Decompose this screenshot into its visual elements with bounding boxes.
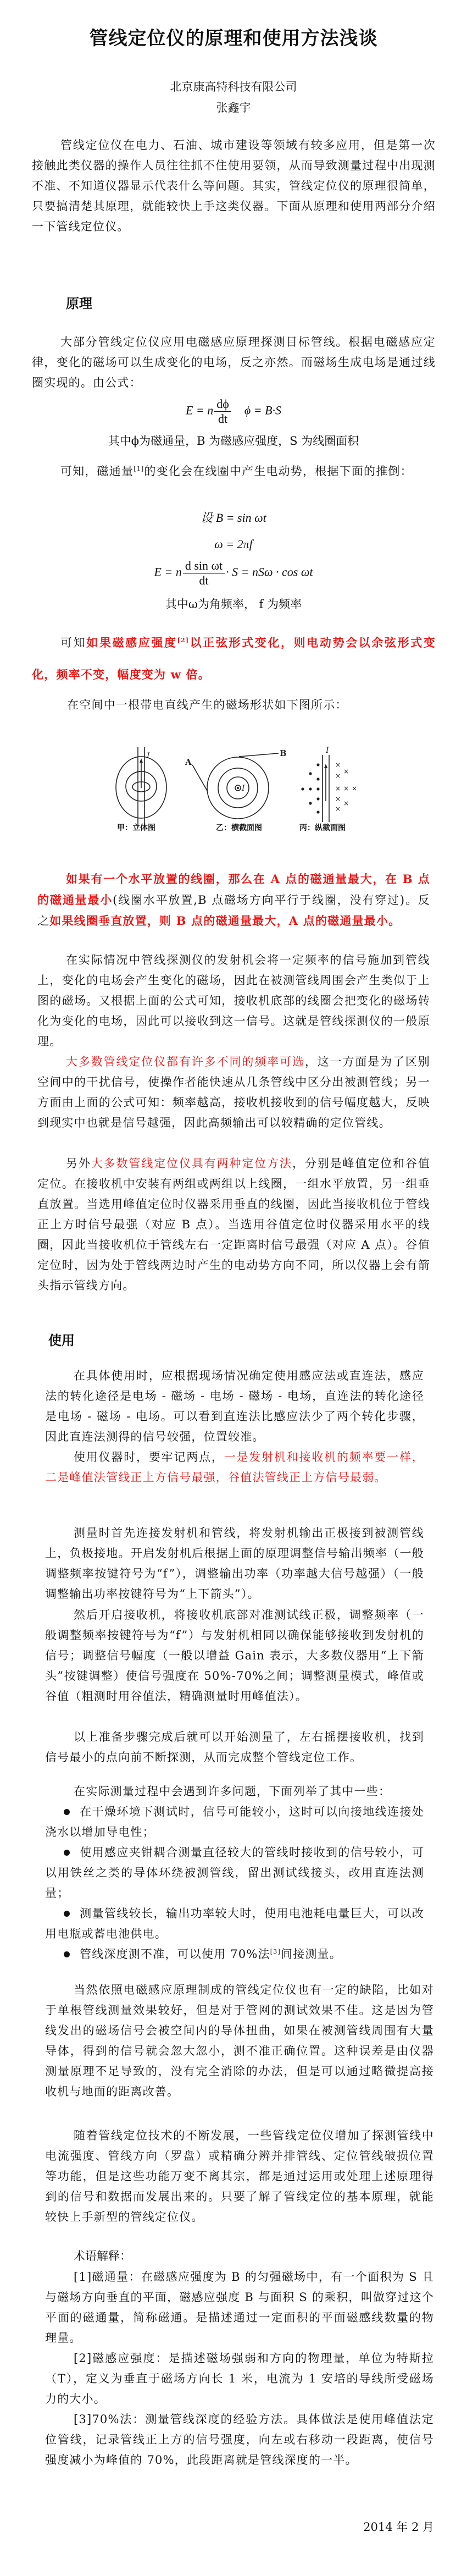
principle-paragraph-8: 另外大多数管线定位仪具有两种定位方法，分别是峰值定位和谷值定位。在接收机中安装有… <box>37 1154 430 1296</box>
formula-omega: ω = 2πf <box>0 537 467 551</box>
svg-text:I: I <box>241 784 245 793</box>
principle-paragraph-4: 在空间中一根带电直线产生的磁场形状如下图所示： <box>32 695 436 715</box>
svg-text:×: × <box>335 761 341 769</box>
document-date: 2014 年 2 月 <box>363 2518 434 2535</box>
footnote-ref-2[interactable]: [2] <box>177 637 190 644</box>
intro-paragraph: 管线定位仪在电力、石油、城市建设等领域有较多应用，但是第一次接触此类仪器的操作人… <box>32 135 436 237</box>
usage-paragraph-3: 测量时首先连接发射机和管线，将发射机输出正极接到被测管线上，负极接地。开启发射机… <box>45 1523 424 1604</box>
principle-paragraph-5: 如果有一个水平放置的线圈，那么在 A 点的磁通量最大，在 B 点的磁通量最小(线… <box>37 869 430 931</box>
formula-b-sin: 设 B = sin ωt <box>0 509 467 526</box>
glossary-item-1: [1]磁通量：在磁感应强度为 B 的匀强磁场中，有一个面积为 S 且与磁场方向垂… <box>45 2267 434 2348</box>
svg-text:I: I <box>325 746 329 755</box>
glossary-item-3: [3]70%法：测量管线深度的经验方法。具体做法是使用峰值法定位管线，记录管线正… <box>45 2409 434 2470</box>
svg-text:×: × <box>352 785 357 792</box>
figure-caption-longitudinal: 丙：纵截面图 <box>299 822 346 833</box>
usage-paragraph-7: 随着管线定位技术的不断发展，一些管线定位仪增加了探测管线中电流强度、管线方向（罗… <box>45 2126 434 2227</box>
svg-text:×: × <box>343 799 349 807</box>
principle-paragraph-3: 可知如果磁感应强度[2]以正弦形式变化，则电动势会以余弦形式变化，频率不变，幅度… <box>32 627 436 691</box>
usage-paragraph-1: 在具体使用时，应根据现场情况确定使用感应法或直连法，感应法的转化途径是电场 - … <box>45 1366 424 1447</box>
author: 张鑫宇 <box>0 99 467 115</box>
usage-paragraph-6: 当然依照电磁感应原理制成的管线定位仪也有一定的缺陷，比如对于单根管线测量效果较好… <box>45 1980 434 2102</box>
footnote-ref-1[interactable]: [1] <box>134 465 144 472</box>
figure-caption-3d: 甲：立体图 <box>117 822 155 833</box>
document-page: 管线定位仪的原理和使用方法浅谈 北京康高特科技有限公司 张鑫宇 管线定位仪在电力… <box>0 0 467 2576</box>
glossary-item-2: [2]磁感应强度：是描述磁场强弱和方向的物理量，单位为特斯拉（T），定义为垂直于… <box>45 2348 434 2409</box>
svg-text:×: × <box>335 785 341 792</box>
point-a-label: A <box>185 757 192 767</box>
list-item: 管线深度测不准，可以使用 70%法[3]间接测量。 <box>45 1944 424 1965</box>
document-title: 管线定位仪的原理和使用方法浅谈 <box>0 23 467 50</box>
list-item: 测量管线较长，输出功率较大时，使用电池耗电量巨大，可以改用电瓶或蓄电池供电。 <box>45 1904 424 1944</box>
magnetic-field-figure: ×× × ××× ×× × A B I I I 甲：立体图 乙：横截面图 丙：纵… <box>107 740 365 850</box>
fraction: dϕdt <box>214 397 231 426</box>
svg-text:×: × <box>335 795 341 803</box>
bullet-icon <box>64 1850 70 1856</box>
list-item: 使用感应夹钳耦合测量直径较大的管线时接收到的信号较小，可以用铁丝之类的导体环绕被… <box>45 1843 424 1904</box>
principle-paragraph-6: 在实际情况中管线探测仪的发射机会将一定频率的信号施加到管线上，变化的电场会产生变… <box>37 950 430 1052</box>
problems-list: 在干燥环境下测试时，信号可能较小，这时可以向接地线连接处浇水以增加导电性； 使用… <box>45 1802 424 1965</box>
bullet-icon <box>64 1911 70 1917</box>
formula-emf-flux: E = ndϕdt ϕ = B·S <box>0 397 467 426</box>
usage-paragraph-4: 然后开启接收机，将接收机底部对准测试线正极，调整频率（一般调整频率按键符号为“f… <box>45 1605 424 1707</box>
svg-text:×: × <box>343 785 349 792</box>
formula-emf-cos: E = nd sin ωtdt· S = nSω · cos ωt <box>0 559 467 588</box>
svg-text:×: × <box>343 768 349 775</box>
usage-paragraph-2: 使用仪器时，要牢记两点，一是发射机和接收机的频率要一样，二是峰值法管线正上方信号… <box>45 1447 424 1488</box>
point-b-label: B <box>280 748 287 758</box>
usage-paragraph-5: 以上准备步骤完成后就可以开始测量了，左右摇摆接收机，找到信号最小的点向前不断探测… <box>45 1727 424 1768</box>
footnote-ref-3[interactable]: [3] <box>270 1948 281 1955</box>
principle-paragraph-1: 大部分管线定位仪应用电磁感应原理探测目标管线。根据电磁感应定律，变化的磁场可以生… <box>32 332 436 393</box>
section-heading-principle: 原理 <box>66 293 92 312</box>
problems-intro: 在实际测量过程中会遇到许多问题，下面列举了其中一些： <box>45 1781 424 1802</box>
svg-text:×: × <box>335 805 341 813</box>
section-heading-usage: 使用 <box>48 1330 75 1349</box>
formula-1-note: 其中ϕ为磁通量，B 为磁感应强度，S 为线圈面积 <box>0 432 467 449</box>
formula-4-note: 其中ω为角频率， f 为频率 <box>0 595 467 612</box>
magnetic-field-diagram-icon: ×× × ××× ×× × A B I I I <box>107 740 365 850</box>
principle-paragraph-7: 大多数管线定位仪都有许多不同的频率可选，这一方面是为了区别空间中的干扰信号，使操… <box>37 1052 430 1133</box>
principle-paragraph-2: 可知，磁通量[1]的变化会在线圈中产生电动势，根据下面的推倒： <box>32 460 436 482</box>
svg-text:×: × <box>335 772 341 780</box>
current-label: I <box>146 752 150 760</box>
glossary-heading: 术语解释： <box>74 2247 131 2264</box>
fraction: d sin ωtdt <box>183 559 225 588</box>
bullet-icon <box>64 1951 70 1957</box>
organization: 北京康高特科技有限公司 <box>0 78 467 95</box>
bullet-icon <box>64 1809 70 1815</box>
figure-caption-cross-section: 乙：横截面图 <box>216 822 262 833</box>
list-item: 在干燥环境下测试时，信号可能较小，这时可以向接地线连接处浇水以增加导电性； <box>45 1802 424 1843</box>
